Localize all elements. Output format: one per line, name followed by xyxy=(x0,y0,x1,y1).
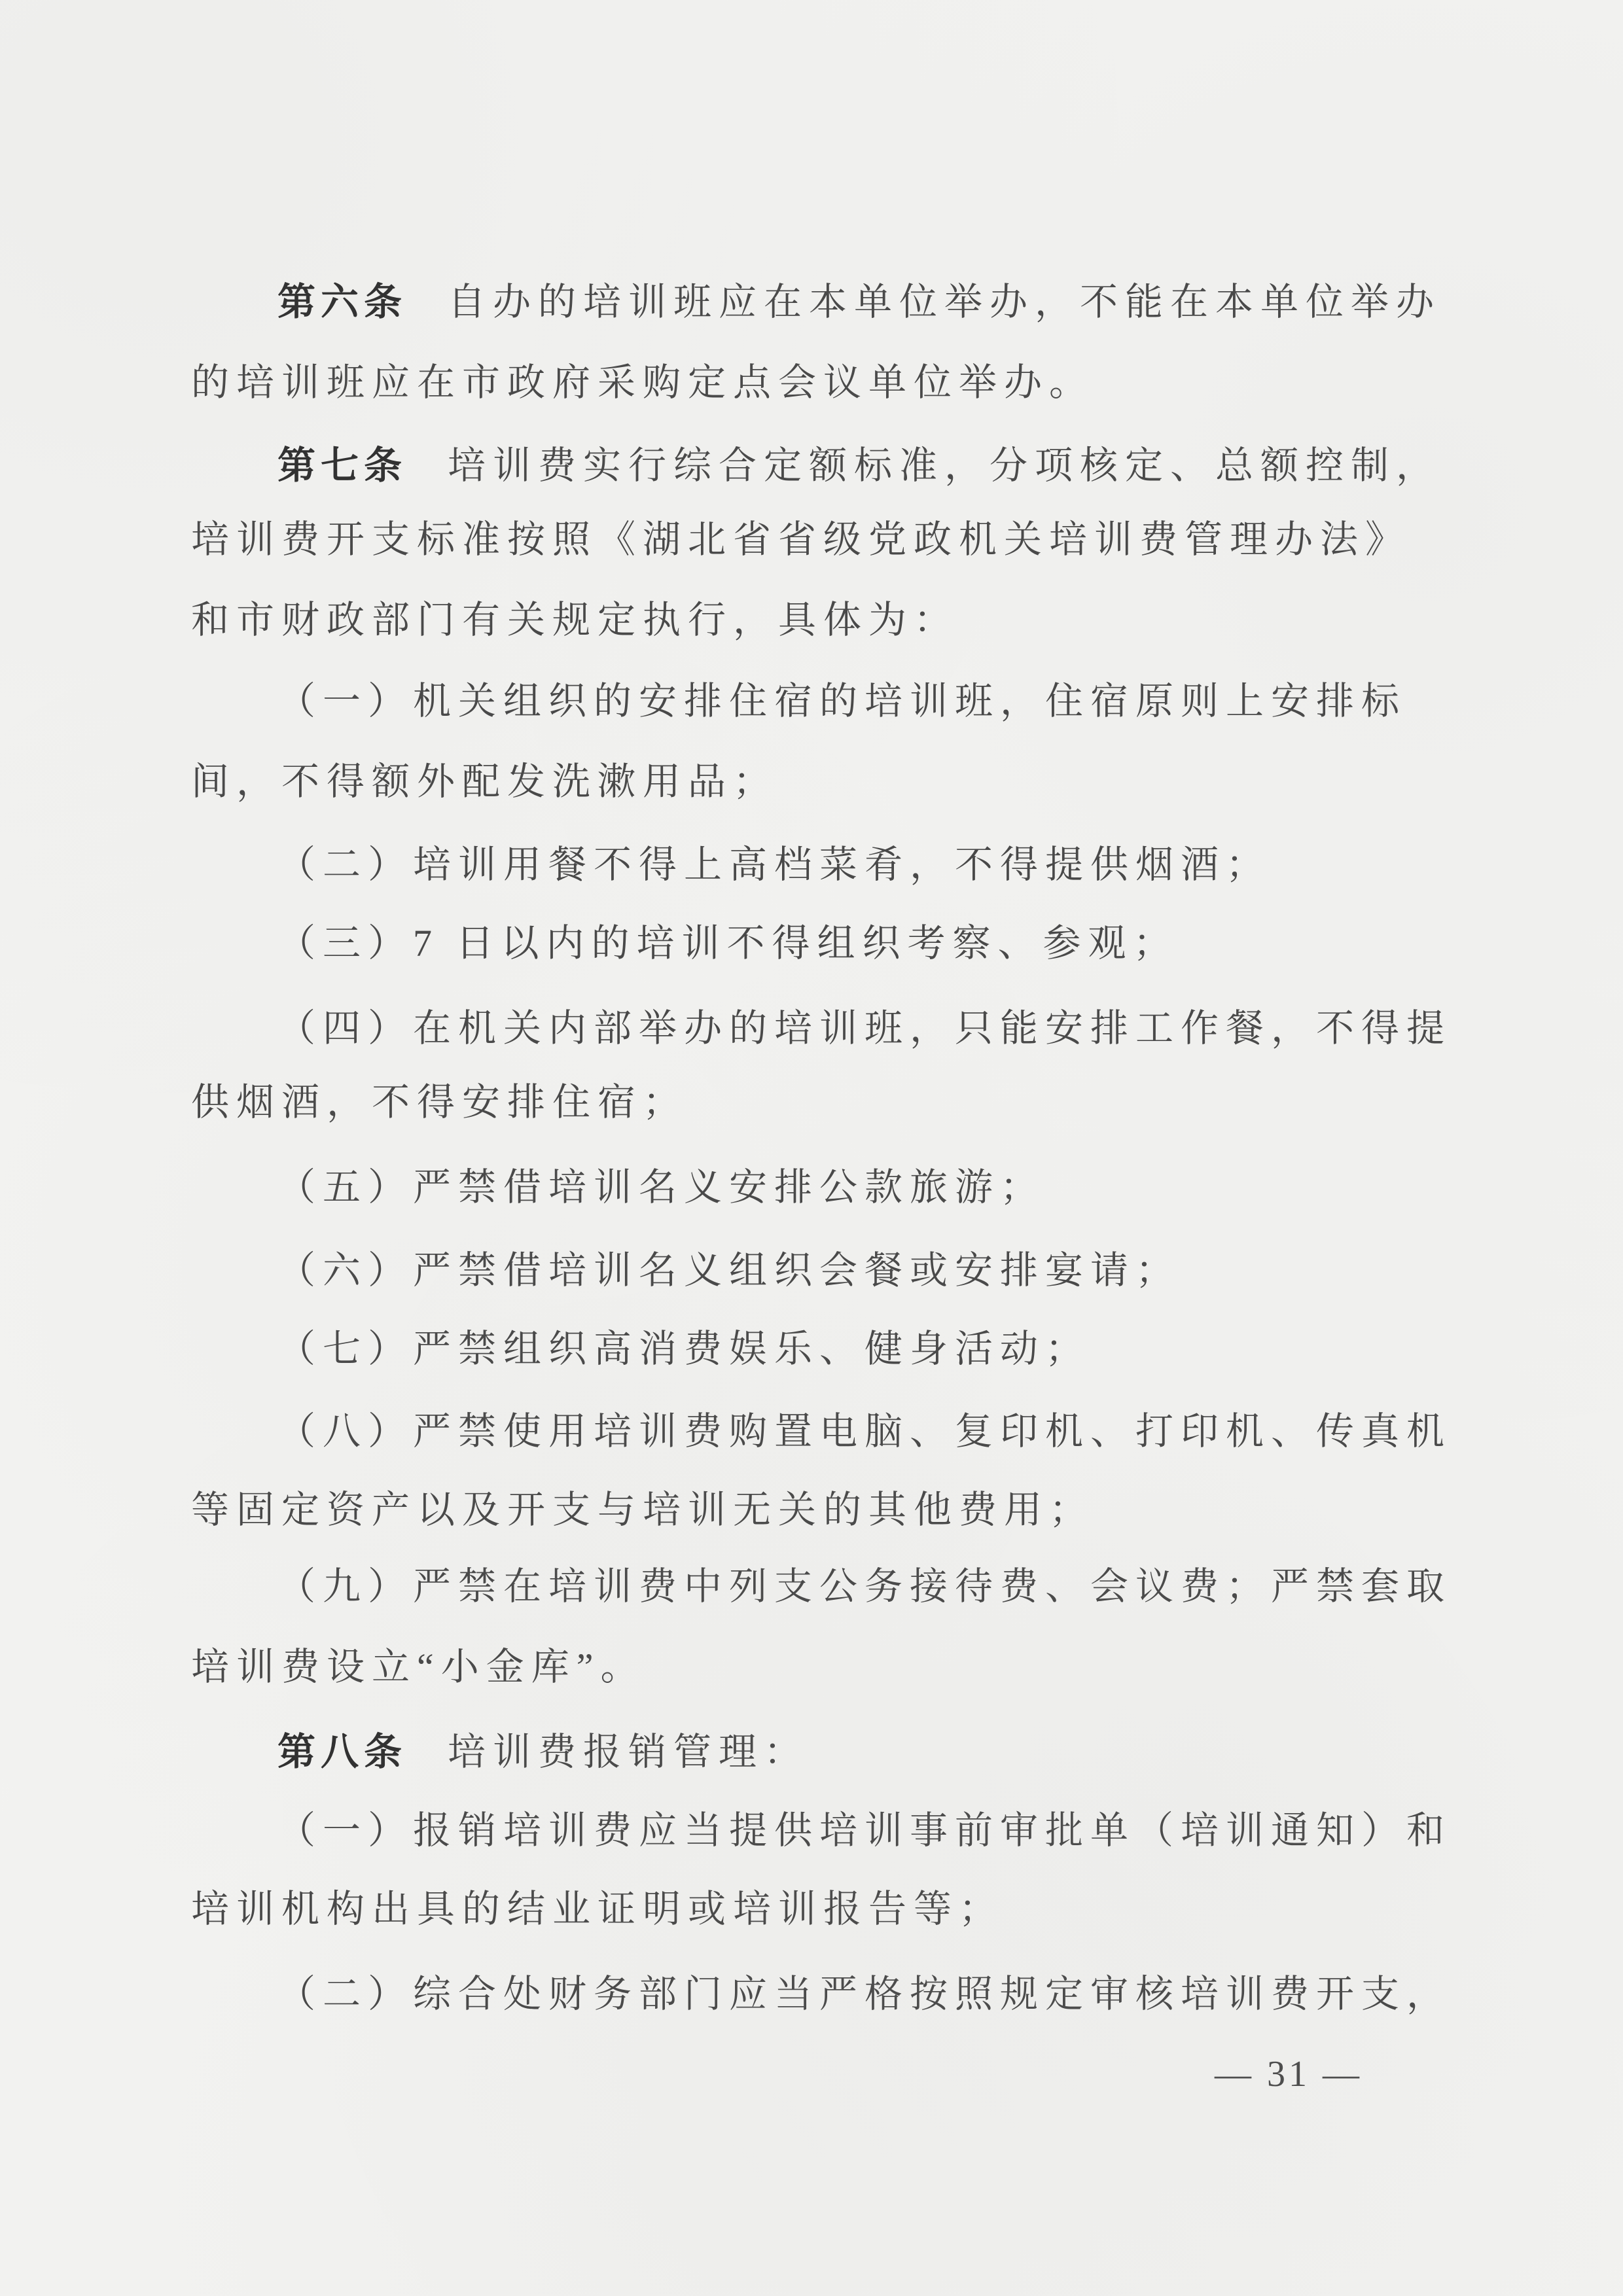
text-line: （九）严禁在培训费中列支公务接待费、会议费；严禁套取 xyxy=(277,1564,1452,1610)
text-line: （六）严禁借培训名义组织会餐或安排宴请； xyxy=(277,1248,1181,1294)
text-line: （三）7 日以内的培训不得组织考察、参观； xyxy=(277,921,1179,966)
text-line: 第六条自办的培训班应在本单位举办，不能在本单位举办 xyxy=(277,279,1441,325)
line-text: （二）培训用餐不得上高档菜肴，不得提供烟酒； xyxy=(277,843,1271,886)
document-page: 第六条自办的培训班应在本单位举办，不能在本单位举办 的培训班应在市政府采购定点会… xyxy=(0,0,1623,2296)
line-text: （五）严禁借培训名义安排公款旅游； xyxy=(277,1166,1045,1209)
line-text: （一）机关组织的安排住宿的培训班，住宿原则上安排标 xyxy=(277,680,1406,722)
text-line: （八）严禁使用培训费购置电脑、复印机、打印机、传真机 xyxy=(277,1409,1452,1455)
line-text: 等固定资产以及开支与培训无关的其他费用； xyxy=(191,1489,1094,1531)
line-text: 供烟酒，不得安排住宿； xyxy=(191,1081,688,1123)
line-text: 培训机构出具的结业证明或培训报告等； xyxy=(191,1888,1004,1930)
article-number: 第八条 xyxy=(277,1731,407,1773)
line-text: （三）7 日以内的培训不得组织考察、参观； xyxy=(277,922,1179,964)
text-line: （四）在机关内部举办的培训班，只能安排工作餐，不得提 xyxy=(277,1006,1452,1051)
text-line: （二）培训用餐不得上高档菜肴，不得提供烟酒； xyxy=(277,842,1271,888)
line-text: 和市财政部门有关规定执行，具体为： xyxy=(191,599,959,641)
page-number: — 31 — xyxy=(1215,2053,1363,2095)
line-text: 培训费报销管理： xyxy=(448,1731,809,1773)
line-text: 自办的培训班应在本单位举办，不能在本单位举办 xyxy=(448,281,1441,323)
text-line: 培训费设立“小金库”。 xyxy=(191,1644,646,1690)
line-text: 的培训班应在市政府采购定点会议单位举办。 xyxy=(191,361,1094,404)
text-line: （一）报销培训费应当提供培训事前审批单（培训通知）和 xyxy=(277,1808,1452,1854)
line-text: 培训费设立“小金库”。 xyxy=(191,1646,646,1688)
text-line: （七）严禁组织高消费娱乐、健身活动； xyxy=(277,1326,1090,1372)
text-line: 培训费开支标准按照《湖北省省级党政机关培训费管理办法》 xyxy=(191,517,1410,563)
text-line: 和市财政部门有关规定执行，具体为： xyxy=(191,597,959,643)
text-line: （一）机关组织的安排住宿的培训班，住宿原则上安排标 xyxy=(277,679,1406,724)
line-text: 培训费开支标准按照《湖北省省级党政机关培训费管理办法》 xyxy=(191,518,1410,561)
line-text: （七）严禁组织高消费娱乐、健身活动； xyxy=(277,1328,1090,1370)
text-line: （五）严禁借培训名义安排公款旅游； xyxy=(277,1165,1045,1210)
article-number: 第七条 xyxy=(277,444,407,487)
line-text: （八）严禁使用培训费购置电脑、复印机、打印机、传真机 xyxy=(277,1410,1452,1453)
article-number: 第六条 xyxy=(277,281,407,323)
text-line: 第八条培训费报销管理： xyxy=(277,1729,809,1775)
text-line: 等固定资产以及开支与培训无关的其他费用； xyxy=(191,1487,1094,1533)
line-text: （四）在机关内部举办的培训班，只能安排工作餐，不得提 xyxy=(277,1007,1452,1050)
line-text: 培训费实行综合定额标准，分项核定、总额控制， xyxy=(448,444,1441,487)
text-line: 供烟酒，不得安排住宿； xyxy=(191,1080,688,1125)
line-text: （六）严禁借培训名义组织会餐或安排宴请； xyxy=(277,1249,1181,1292)
text-line: 间，不得额外配发洗漱用品； xyxy=(191,759,778,805)
text-line: （二）综合处财务部门应当严格按照规定审核培训费开支， xyxy=(277,1971,1452,2017)
line-text: （一）报销培训费应当提供培训事前审批单（培训通知）和 xyxy=(277,1809,1452,1852)
line-text: （九）严禁在培训费中列支公务接待费、会议费；严禁套取 xyxy=(277,1565,1452,1608)
line-text: （二）综合处财务部门应当严格按照规定审核培训费开支， xyxy=(277,1973,1452,2015)
text-line: 第七条培训费实行综合定额标准，分项核定、总额控制， xyxy=(277,443,1441,489)
text-line: 培训机构出具的结业证明或培训报告等； xyxy=(191,1886,1004,1932)
line-text: 间，不得额外配发洗漱用品； xyxy=(191,760,778,803)
text-line: 的培训班应在市政府采购定点会议单位举办。 xyxy=(191,360,1094,406)
